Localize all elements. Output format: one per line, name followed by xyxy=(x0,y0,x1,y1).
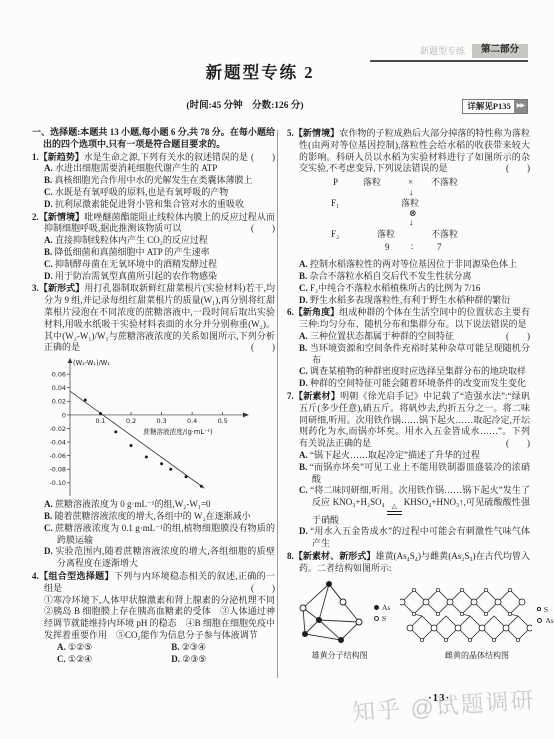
option-text: “锅下起火……取起冷定”描述了升华的过程 xyxy=(310,450,480,460)
question-stem: 5.【新情境】农作物的子粒成熟后大部分掉落的特性称为落粒性(由两对等位基因控制)… xyxy=(287,128,530,175)
option-letter: C. xyxy=(44,187,53,197)
f1-phenotype: 落粒 xyxy=(401,198,419,208)
option-letter: B. xyxy=(299,462,307,472)
question-stem: 8.【新素材、新形式】雄黄(As₄S₄)与雌黄(As₂S₃)在古代均曾入药。二者… xyxy=(287,551,530,575)
question-tag: 【新趋势】 xyxy=(39,152,84,162)
double-bond-line xyxy=(387,511,402,515)
question-tag: 【新素材】 xyxy=(294,391,340,401)
option-text: 直接抑制线粒体内产生 CO₂的反应过程 xyxy=(55,235,208,245)
scatter-chart: 0.060.040.020-0.02-0.04-0.06-0.08-0.100.… xyxy=(36,356,275,498)
question-tag: 【新情境】 xyxy=(39,212,85,222)
s-atom-dot xyxy=(537,607,541,611)
stem-text: 水是生命之源,下列有关水的叙述错误的是 xyxy=(84,152,248,162)
option-text: 真核细胞光合作用中水的光解发生在类囊体薄膜上 xyxy=(55,175,253,185)
generation-p-label: P xyxy=(333,177,338,187)
option-text: 野生水稻多表现落粒性,有利于野生水稻种群的繁衍 xyxy=(310,295,510,305)
page-header: 新题型专练 第二部分 xyxy=(370,44,528,62)
option-a: A. 直接抑制线粒体内产生 CO₂的反应过程 xyxy=(32,235,275,247)
option-letter: C. xyxy=(57,654,66,664)
question-stem: 2.【新情境】吡唑醚菌酯能阻止线粒体内膜上的反应过程从而抑制细胞呼吸,据此推测该… xyxy=(32,212,275,236)
question-stem: 4.【组合型选择题】下列与内环境稳态相关的叙述,正确的一组是( ) xyxy=(32,571,275,595)
exam-meta: (时间:45 分钟 分数:126 分) xyxy=(20,101,470,113)
option-text: “用水入五金皆成水”的过程中可能会有刺激性气味气体产生 xyxy=(310,526,530,548)
ratio-left: 9 xyxy=(385,242,390,252)
option-text: 蔗糖溶液浓度为 0.1 g·mL⁻¹的组,植物细胞膜没有物质的跨膜运输 xyxy=(55,523,275,545)
genetic-cross-diagram: P 落粒 × 不落粒 ↓ F₁ 落粒 ⊗ ↓ F₂ 落粒 不落粒 9 ∶ 7 xyxy=(329,177,509,257)
svg-text:-0.08: -0.08 xyxy=(49,466,66,474)
question-number: 1. xyxy=(32,152,39,162)
question-stem: 7.【新素材】明朝《徐光启手记》中记载了“造强水法”:“绿矾五斤(多少任意),硝… xyxy=(287,391,530,450)
option-c: C. F₂中纯合不落粒水稻植株所占的比例为 7/16 xyxy=(287,283,530,295)
orpiment-figure: S As 雌黄的晶体结构图 xyxy=(400,582,553,662)
option-letter: D. xyxy=(44,271,53,281)
option-c: C. 蔗糖溶液浓度为 0.1 g·mL⁻¹的组,植物细胞膜没有物质的跨膜运输 xyxy=(32,523,275,547)
option-d: D. 种群的空间特征可能会随着环境条件的改变而发生变化 xyxy=(287,378,530,390)
option-c: C. 抑制酵母菌在无氧环境中的酒精发酵过程 xyxy=(32,259,275,271)
option-text: 调查某植物的种群密度时应选择呈集群分布的地块取样 xyxy=(310,366,526,376)
svg-text:0.2: 0.2 xyxy=(126,417,136,425)
answer-bracket: ( ) xyxy=(518,438,530,450)
option-b: B. ②③④ xyxy=(171,642,275,654)
option-text: 水既是有氧呼吸的原料,也是有氧呼吸的产物 xyxy=(55,187,228,197)
svg-text:-0.02: -0.02 xyxy=(49,425,66,433)
double-arrow-icon: ▶▶ xyxy=(514,100,527,113)
question-number: 3. xyxy=(32,283,39,293)
cross-symbol: × xyxy=(408,177,413,187)
option-text: 控制水稻落粒性的两对等位基因位于非同源染色体上 xyxy=(310,259,517,269)
svg-text:0: 0 xyxy=(62,411,66,419)
option-d: D. ②③⑤ xyxy=(171,654,275,666)
option-b: B. 当环境资源和空间条件充裕时某种杂草可能呈现随机分布 xyxy=(287,343,530,367)
option-d: D. 野生水稻多表现落粒性,有利于野生水稻种群的繁衍 xyxy=(287,295,530,307)
option-letter: B. xyxy=(299,271,307,281)
f2-right-phenotype: 不落粒 xyxy=(431,229,458,239)
question-2: 2.【新情境】吡唑醚菌酯能阻止线粒体内膜上的反应过程从而抑制细胞呼吸,据此推测该… xyxy=(32,212,275,283)
question-tag: 【新素材、新形式】 xyxy=(294,551,376,561)
down-arrow-icon: ↓ xyxy=(409,187,414,197)
question-tag: 【新情境】 xyxy=(294,128,340,138)
option-letter: C. xyxy=(44,259,53,269)
option-text: 三种位置状态都属于种群的空间特征 xyxy=(310,331,454,341)
option-letter: B. xyxy=(171,642,179,652)
exam-paper-page: 新题型专练 第二部分 新题型专练 2 (时间:45 分钟 分数:126 分) 详… xyxy=(0,0,554,739)
question-5: 5.【新情境】农作物的子粒成熟后大部分掉落的特性称为落粒性(由两对等位基因控制)… xyxy=(287,128,530,306)
svg-text:(W₂-W₁)/W₁: (W₂-W₁)/W₁ xyxy=(73,359,110,367)
option-letter: C. xyxy=(299,485,308,495)
option-d: D. 抗利尿激素能促进肾小管和集合管对水的重吸收 xyxy=(32,199,275,211)
option-d: D. “用水入五金皆成水”的过程中可能会有刺激性气味气体产生 xyxy=(287,526,530,550)
option-letter: D. xyxy=(44,199,53,209)
question-number: 4. xyxy=(32,571,39,581)
question-7: 7.【新素材】明朝《徐光启手记》中记载了“造强水法”:“绿矾五斤(多少任意),硝… xyxy=(287,391,530,550)
svg-text:0.06: 0.06 xyxy=(52,371,66,379)
heated-equals-symbol: △ xyxy=(387,504,402,515)
option-text: 随着蔗糖溶液浓度的增大,各组中的 W₂在逐渐减小 xyxy=(55,511,251,521)
ratio-separator: ∶ xyxy=(411,242,413,252)
option-text: 降低细菌和真菌细胞中 ATP 的产生速率 xyxy=(55,247,210,257)
option-b: B. 降低细菌和真菌细胞中 ATP 的产生速率 xyxy=(32,247,275,259)
answer-bracket: ( ) xyxy=(518,163,530,175)
question-tag: 【组合型选择题】 xyxy=(39,571,114,581)
question-8: 8.【新素材、新形式】雄黄(As₄S₄)与雌黄(As₂S₃)在古代均曾入药。二者… xyxy=(287,551,530,661)
question-6: 6.【新角度】组成种群的个体在生活空间中的位置状态主要有三种:均匀分布、随机分布… xyxy=(287,307,530,390)
orpiment-legend: S As xyxy=(537,604,553,626)
option-text: 种群的空间特征可能会随着环境条件的改变而发生变化 xyxy=(310,378,526,388)
realgar-figure: As S 雄黄分子结构图 xyxy=(289,578,390,662)
question-4: 4.【组合型选择题】下列与内环境稳态相关的叙述,正确的一组是( ) ①寒冷环境下… xyxy=(32,571,275,665)
structure-figures: As S 雄黄分子结构图 xyxy=(289,578,530,662)
question-tag: 【新形式】 xyxy=(39,283,85,293)
option-text: F₂中纯合不落粒水稻植株所占的比例为 7/16 xyxy=(310,283,480,293)
option-text: 用于防治需氧型真菌所引起的农作物感染 xyxy=(55,271,217,281)
question-stem: 3.【新形式】用打孔器制取新鲜红甜菜根片(实验材料)若干,均分为 9 组,并记录… xyxy=(32,283,275,354)
option-a: A. 控制水稻落粒性的两对等位基因位于非同源染色体上 xyxy=(287,259,530,271)
svg-text:-0.10: -0.10 xyxy=(49,479,66,487)
answer-bracket: ( ) xyxy=(263,152,275,164)
svg-text:0.02: 0.02 xyxy=(52,398,66,406)
as-atom-dot xyxy=(537,618,542,623)
svg-text:-0.04: -0.04 xyxy=(49,439,66,447)
realgar-legend: As S xyxy=(374,602,390,624)
option-letter: A. xyxy=(44,235,53,245)
option-d: D. 实验范围内,随着蔗糖溶液浓度的增大,各组细胞的质壁分离程度在逐渐增大 xyxy=(32,546,275,570)
option-text: 蔗糖溶液浓度为 0 g·mL⁻¹的组,W₂-W₁=0 xyxy=(55,499,211,509)
legend-label: S xyxy=(382,613,386,624)
option-text: 抑制酵母菌在无氧环境中的酒精发酵过程 xyxy=(55,259,217,269)
option-text: 实验范围内,随着蔗糖溶液浓度的增大,各组细胞的质壁分离程度在逐渐增大 xyxy=(55,546,275,568)
question-number: 6. xyxy=(287,307,294,317)
option-letter: C. xyxy=(44,523,53,533)
option-grid: A. ①②⑤ B. ②③④ C. ①②④ D. ②③⑤ xyxy=(32,642,275,666)
option-letter: D. xyxy=(44,546,53,556)
option-letter: D. xyxy=(171,654,180,664)
option-letter: C. xyxy=(299,283,308,293)
question-number: 5. xyxy=(287,128,294,138)
option-c: C. 水既是有氧呼吸的原料,也是有氧呼吸的产物 xyxy=(32,187,275,199)
option-text: 抗利尿激素能促进肾小管和集合管对水的重吸收 xyxy=(55,199,244,209)
equation-right: KHSO₄+HNO₃↑ xyxy=(404,497,464,507)
option-letter: D. xyxy=(299,378,308,388)
question-number: 8. xyxy=(287,551,294,561)
option-c: C. ①②④ xyxy=(57,654,171,666)
option-letter: B. xyxy=(44,175,52,185)
stem-text: 用打孔器制取新鲜红甜菜根片(实验材料)若干,均分为 9 组,并记录每组红甜菜根片… xyxy=(44,283,275,352)
solution-reference-text: 详解见P135 xyxy=(467,101,510,112)
option-letter: D. xyxy=(299,526,308,536)
option-b: B. 随着蔗糖溶液浓度的增大,各组中的 W₂在逐渐减小 xyxy=(32,511,275,523)
answer-bracket: ( ) xyxy=(518,331,530,343)
equation-left: KNO₃+H₂SO₄ xyxy=(333,497,385,507)
option-letter: B. xyxy=(44,247,52,257)
svg-text:0.4: 0.4 xyxy=(187,417,197,425)
left-column: 一、选择题:本题共 13 小题,每小题 6 分,共 78 分。在每小题给出的四个… xyxy=(32,127,275,665)
figure-caption: 雌黄的晶体结构图 xyxy=(445,650,509,662)
generation-f1-label: F₁ xyxy=(331,198,339,208)
option-text: 水进出细胞需要消耗细胞代谢产生的 ATP xyxy=(55,163,217,173)
f2-left-phenotype: 落粒 xyxy=(377,229,395,239)
question-1: 1.【新趋势】水是生命之源,下列有关水的叙述错误的是( ) A. 水进出细胞需要… xyxy=(32,152,275,211)
header-section-dark: 第二部分 xyxy=(472,44,528,58)
option-letter: B. xyxy=(299,343,307,353)
p-left-phenotype: 落粒 xyxy=(363,177,381,187)
question-3: 3.【新形式】用打孔器制取新鲜红甜菜根片(实验材料)若干,均分为 9 组,并记录… xyxy=(32,283,275,570)
numbered-statements: ①寒冷环境下,人体甲状腺激素和肾上腺素的分泌机理不同 ②胰岛 B 细胞膜上存在胰… xyxy=(32,595,275,642)
option-text: ①②④ xyxy=(68,654,92,664)
realgar-structure-diagram xyxy=(289,578,369,648)
option-c: C. “将二味同研细,听用。次用铁作锅……锅下起火”发生了反应 KNO₃+H₂S… xyxy=(287,485,530,526)
legend-label: As xyxy=(545,615,553,626)
svg-text:-0.06: -0.06 xyxy=(49,452,66,460)
header-section-light: 新题型专练 xyxy=(420,46,465,58)
question-stem: 1.【新趋势】水是生命之源,下列有关水的叙述错误的是( ) xyxy=(32,152,275,164)
option-text: 杂合不落粒水稻自交后代不发生性状分离 xyxy=(310,271,472,281)
option-b: B. “而锅亦坏矣”可见工业上不能用铁制器皿盛装冷的浓硝酸 xyxy=(287,462,530,486)
option-b: B. 真核细胞光合作用中水的光解发生在类囊体薄膜上 xyxy=(32,175,275,187)
statements-text: ①寒冷环境下,人体甲状腺激素和肾上腺素的分泌机理不同 ②胰岛 B 细胞膜上存在胰… xyxy=(44,595,284,640)
svg-text:0.3: 0.3 xyxy=(157,417,167,425)
answer-bracket: ( ) xyxy=(263,583,275,595)
section-instructions: 一、选择题:本题共 13 小题,每小题 6 分,共 78 分。在每小题给出的四个… xyxy=(32,127,275,151)
option-b: B. 杂合不落粒水稻自交后代不发生性状分离 xyxy=(287,271,530,283)
svg-text:蔗糖溶液浓度/(g·mL⁻¹): 蔗糖溶液浓度/(g·mL⁻¹) xyxy=(143,427,212,436)
option-text: ②③⑤ xyxy=(182,654,206,664)
right-column: 5.【新情境】农作物的子粒成熟后大部分掉落的特性称为落粒性(由两对等位基因控制)… xyxy=(287,127,530,661)
orpiment-structure-diagram xyxy=(400,582,532,648)
option-letter: A. xyxy=(299,259,308,269)
option-a: A. 水进出细胞需要消耗细胞代谢产生的 ATP xyxy=(32,163,275,175)
option-letter: A. xyxy=(44,499,53,509)
question-number: 7. xyxy=(287,391,294,401)
option-letter: D. xyxy=(299,295,308,305)
option-a: A. 蔗糖溶液浓度为 0 g·mL⁻¹的组,W₂-W₁=0 xyxy=(32,499,275,511)
question-stem: 6.【新角度】组成种群的个体在生活空间中的位置状态主要有三种:均匀分布、随机分布… xyxy=(287,307,530,331)
option-letter: B. xyxy=(44,511,52,521)
svg-text:0.5: 0.5 xyxy=(218,417,228,425)
down-arrow-icon: ↓ xyxy=(409,217,414,227)
option-d: D. 用于防治需氧型真菌所引起的农作物感染 xyxy=(32,271,275,283)
page-title: 新题型专练 2 xyxy=(20,67,500,79)
sucrose-concentration-chart: 0.060.040.020-0.02-0.04-0.06-0.08-0.100.… xyxy=(36,356,250,498)
option-a: A. “锅下起火……取起冷定”描述了升华的过程 xyxy=(287,450,530,462)
option-a: A. 三种位置状态都属于种群的空间特征 xyxy=(287,331,530,343)
svg-text:0.1: 0.1 xyxy=(95,417,105,425)
option-letter: C. xyxy=(299,366,308,376)
option-text: “而锅亦坏矣”可见工业上不能用铁制器皿盛装冷的浓硝酸 xyxy=(310,462,530,484)
as-atom-dot xyxy=(374,605,379,610)
option-text: 当环境资源和空间条件充裕时某种杂草可能呈现随机分布 xyxy=(310,343,530,365)
watermark: 知乎 @试题调研 xyxy=(352,695,536,720)
solution-reference-badge: 详解见P135 ▶▶ xyxy=(462,99,528,114)
option-letter: A. xyxy=(299,450,308,460)
question-number: 2. xyxy=(32,212,39,222)
answer-bracket: ( ) xyxy=(263,223,275,235)
option-letter: A. xyxy=(299,331,308,341)
question-tag: 【新角度】 xyxy=(294,307,340,317)
s-atom-dot xyxy=(374,616,379,621)
option-letter: A. xyxy=(44,163,53,173)
legend-label: As xyxy=(382,602,390,613)
p-right-phenotype: 不落粒 xyxy=(431,177,458,187)
option-a: A. ①②⑤ xyxy=(57,642,171,654)
figure-caption: 雄黄分子结构图 xyxy=(312,650,368,662)
option-text: ①②⑤ xyxy=(68,642,92,652)
svg-text:0.04: 0.04 xyxy=(52,384,66,392)
option-text: ②③④ xyxy=(182,642,206,652)
answer-bracket: ( ) xyxy=(263,342,275,354)
ratio-right: 7 xyxy=(437,242,442,252)
generation-f2-label: F₂ xyxy=(331,229,339,239)
option-c: C. 调查某植物的种群密度时应选择呈集群分布的地块取样 xyxy=(287,366,530,378)
option-letter: A. xyxy=(57,642,66,652)
legend-label: S xyxy=(544,604,548,615)
